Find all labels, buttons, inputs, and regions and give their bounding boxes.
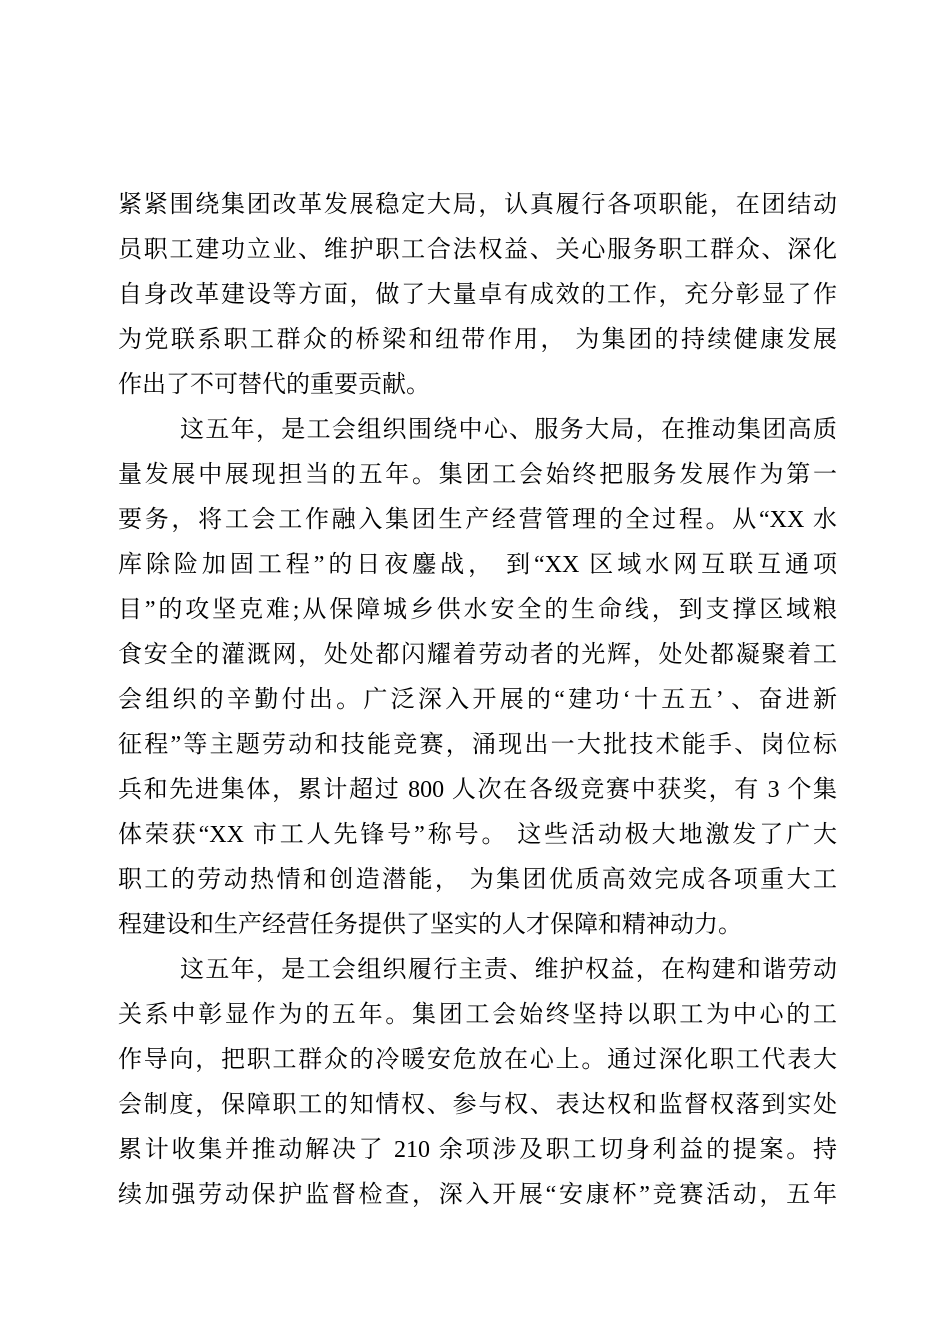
text-line: 征程”等主题劳动和技能竞赛，涌现出一大批技术能手、岗位标: [118, 723, 837, 768]
text-line: 食安全的灌溉网，处处都闪耀着劳动者的光辉，处处都凝聚着工: [118, 633, 837, 678]
text-line: 紧紧围绕集团改革发展稳定大局，认真履行各项职能，在团结动: [118, 183, 837, 228]
text-line: 职工的劳动热情和创造潜能， 为集团优质高效完成各项重大工: [118, 858, 837, 903]
text-line: 为党联系职工群众的桥梁和纽带作用， 为集团的持续健康发展: [118, 318, 837, 363]
text-line: 库除险加固工程”的日夜鏖战， 到“XX 区域水网互联互通项: [118, 543, 837, 588]
text-line: 员职工建功立业、维护职工合法权益、关心服务职工群众、深化: [118, 228, 837, 273]
text-line: 目”的攻坚克难;从保障城乡供水安全的生命线，到支撑区域粮: [118, 588, 837, 633]
text-line: 体荣获“XX 市工人先锋号”称号。 这些活动极大地激发了广大: [118, 813, 837, 858]
text-line: 要务，将工会工作融入集团生产经营管理的全过程。从“XX 水: [118, 498, 837, 543]
text-line: 兵和先进集体，累计超过 800 人次在各级竞赛中获奖，有 3 个集: [118, 768, 837, 813]
text-line: 自身改革建设等方面，做了大量卓有成效的工作，充分彰显了作: [118, 273, 837, 318]
text-line: 累计收集并推动解决了 210 余项涉及职工切身利益的提案。持: [118, 1128, 837, 1173]
text-line: 会制度，保障职工的知情权、参与权、表达权和监督权落到实处: [118, 1083, 837, 1128]
text-line: 会组织的辛勤付出。广泛深入开展的“建功‘十五五’ 、奋进新: [118, 678, 837, 723]
text-line: 续加强劳动保护监督检查，深入开展“安康杯”竞赛活动，五年: [118, 1173, 837, 1218]
text-line: 作出了不可替代的重要贡献。: [118, 363, 837, 408]
text-line: 程建设和生产经营任务提供了坚实的人才保障和精神动力。: [118, 903, 837, 948]
document-body: 紧紧围绕集团改革发展稳定大局，认真履行各项职能，在团结动 员职工建功立业、维护职…: [118, 183, 837, 1218]
document-page: 紧紧围绕集团改革发展稳定大局，认真履行各项职能，在团结动 员职工建功立业、维护职…: [0, 0, 950, 1344]
text-line: 关系中彰显作为的五年。集团工会始终坚持以职工为中心的工: [118, 993, 837, 1038]
text-line: 这五年，是工会组织履行主责、维护权益，在构建和谐劳动: [118, 948, 837, 993]
text-line: 作导向，把职工群众的冷暖安危放在心上。通过深化职工代表大: [118, 1038, 837, 1083]
text-line: 量发展中展现担当的五年。集团工会始终把服务发展作为第一: [118, 453, 837, 498]
text-line: 这五年，是工会组织围绕中心、服务大局，在推动集团高质: [118, 408, 837, 453]
